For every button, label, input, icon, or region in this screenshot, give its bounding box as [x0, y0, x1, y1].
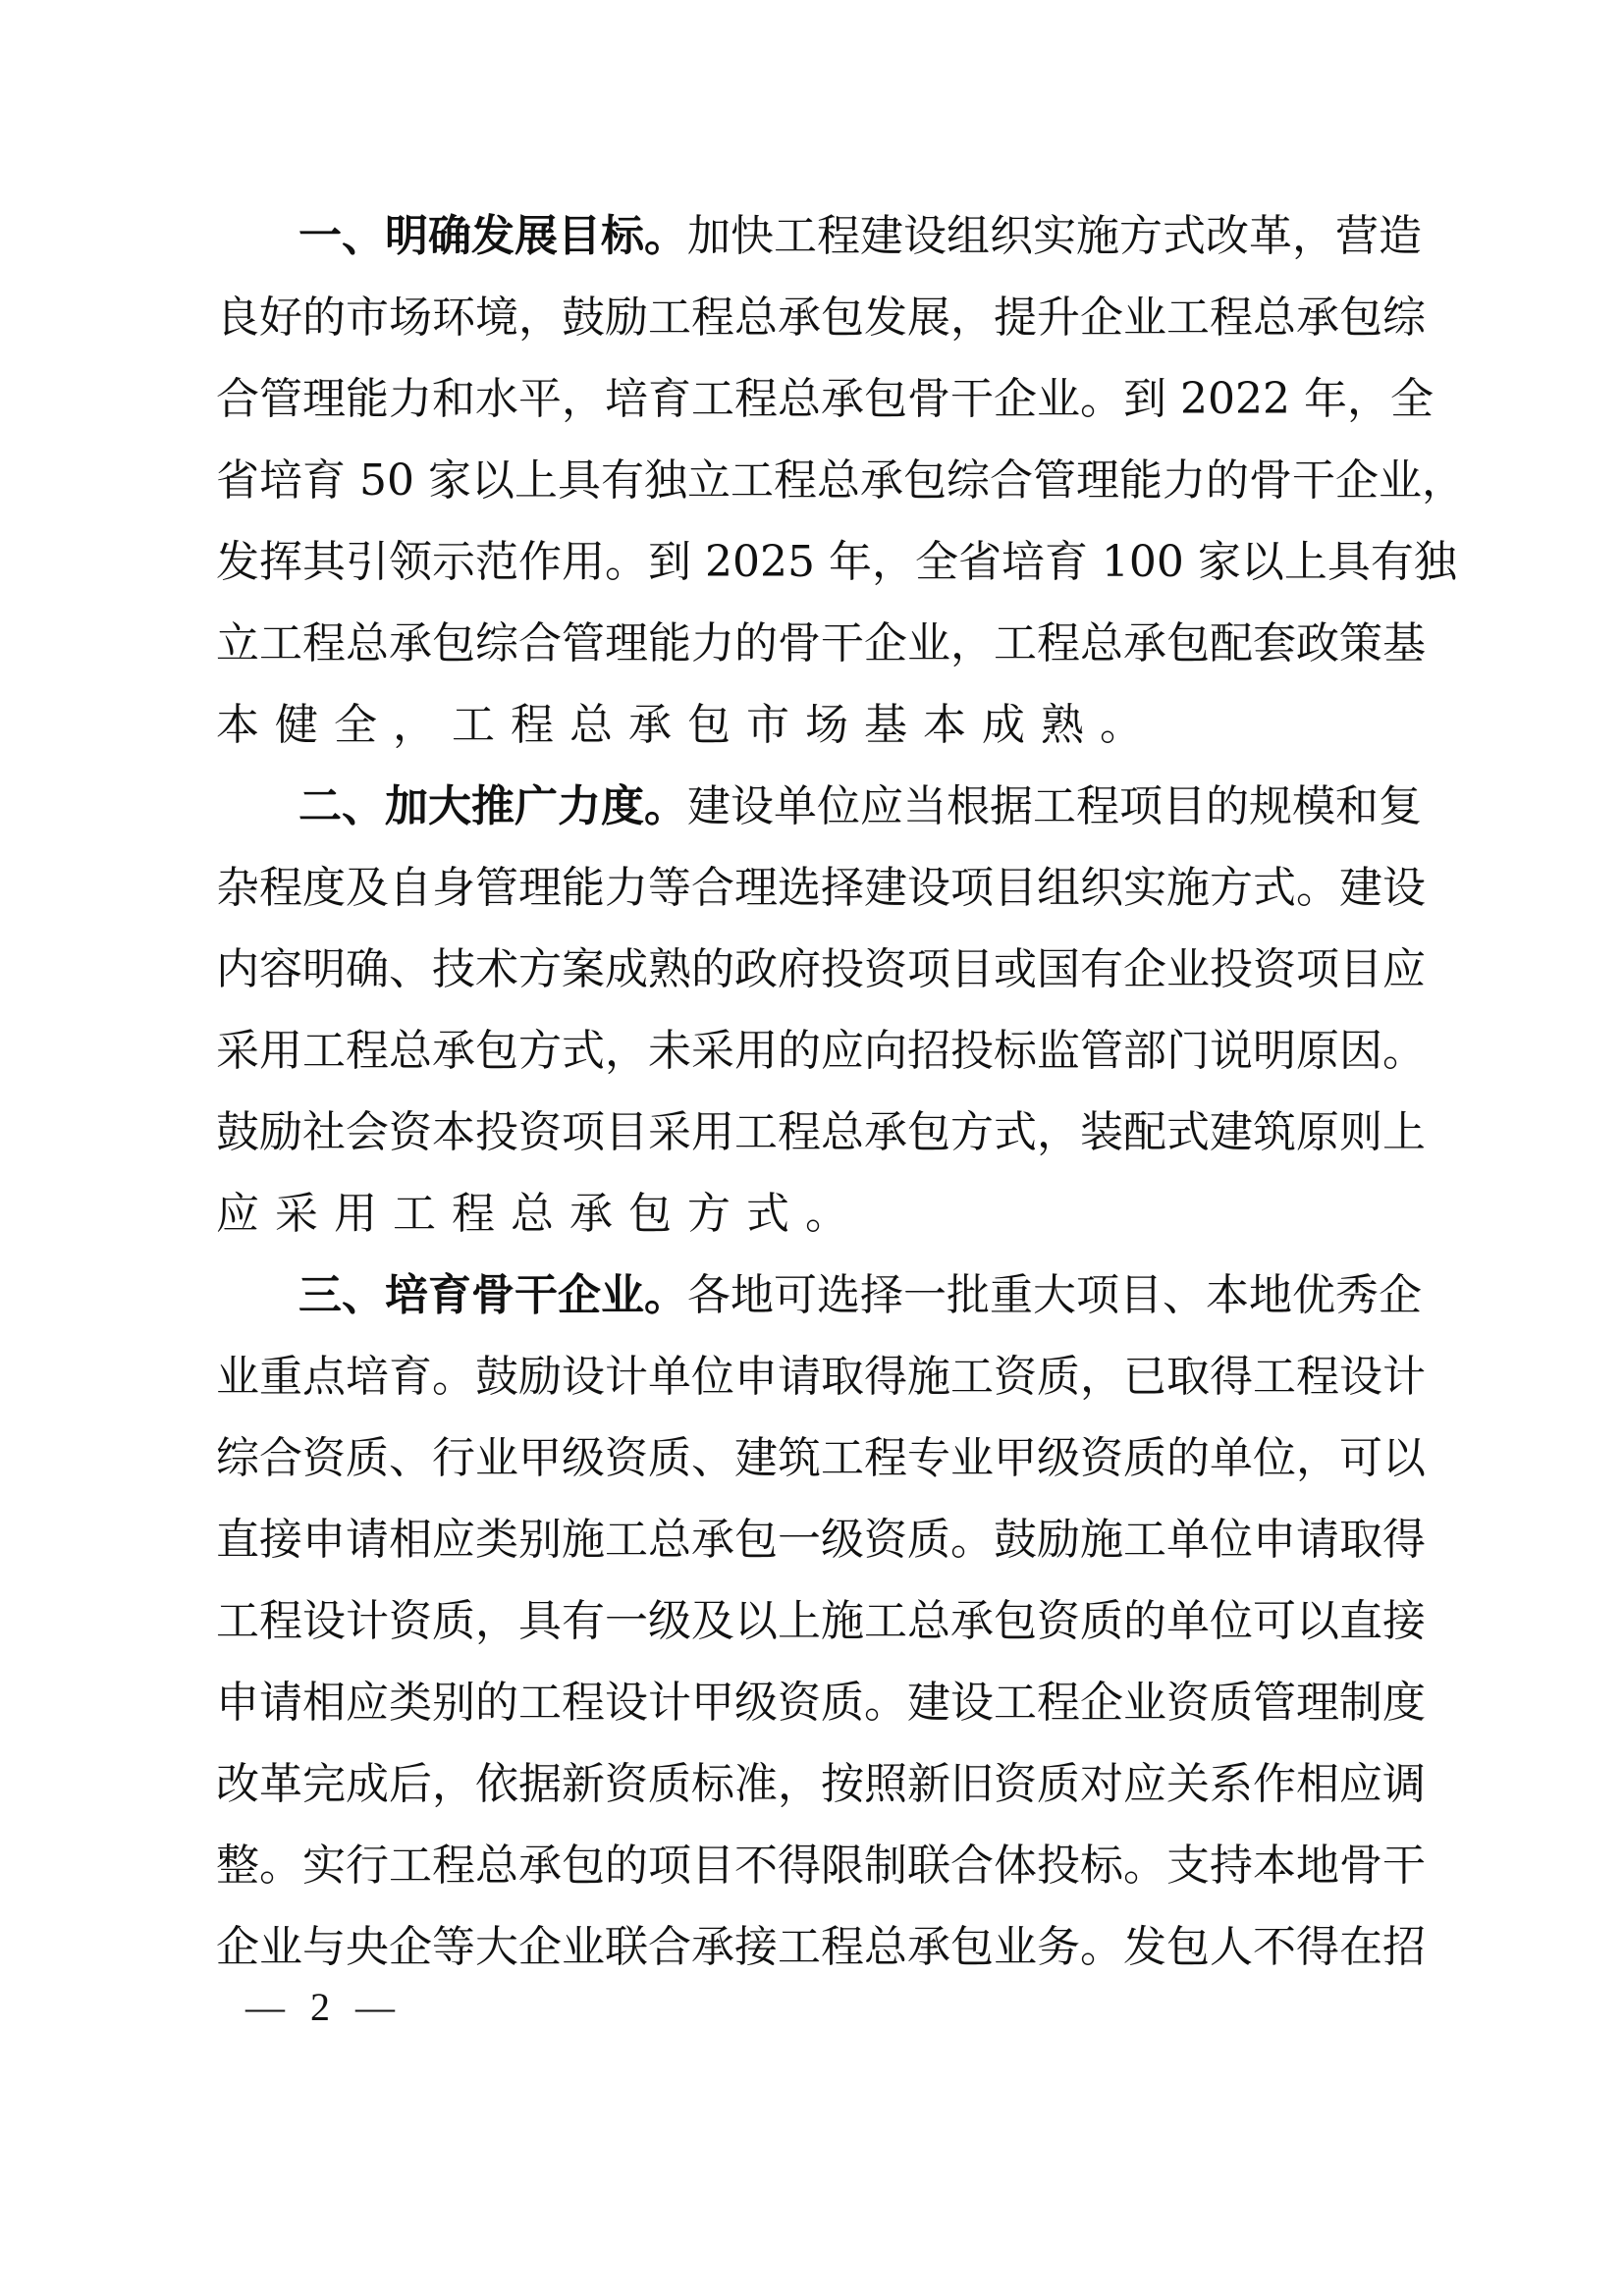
paragraph-line: 直接申请相应类别施工总承包一级资质。鼓励施工单位申请取得: [216, 1499, 1414, 1580]
section-3-heading: 三、培育骨干企业。: [298, 1270, 687, 1320]
paragraph-line: 应采用工程总承包方式。: [216, 1173, 1414, 1255]
paragraph-line: 良好的市场环境，鼓励工程总承包发展，提升企业工程总承包综: [216, 277, 1414, 358]
paragraph-line: 采用工程总承包方式，未采用的应向招投标监管部门说明原因。: [216, 1010, 1414, 1092]
page-number: — 2 —: [245, 1983, 397, 2032]
section-2-paragraph-line: 二、加大推广力度。建设单位应当根据工程项目的规模和复: [216, 766, 1414, 847]
paragraph-line: 企业与央企等大企业联合承接工程总承包业务。发包人不得在招: [216, 1906, 1414, 1988]
paragraph-text: 加快工程建设组织实施方式改革，营造: [687, 211, 1422, 261]
paragraph-line: 工程设计资质，具有一级及以上施工总承包资质的单位可以直接: [216, 1580, 1414, 1662]
section-3-paragraph-line: 三、培育骨干企业。各地可选择一批重大项目、本地优秀企: [216, 1255, 1414, 1336]
section-1-heading: 一、明确发展目标。: [298, 211, 687, 261]
document-body: 一、明确发展目标。加快工程建设组织实施方式改革，营造 良好的市场环境，鼓励工程总…: [216, 195, 1414, 1988]
paragraph-line: 发挥其引领示范作用。到 2025 年，全省培育 100 家以上具有独: [216, 521, 1414, 603]
paragraph-line: 杂程度及自身管理能力等合理选择建设项目组织实施方式。建设: [216, 847, 1414, 929]
paragraph-text: 建设单位应当根据工程项目的规模和复: [687, 781, 1422, 831]
paragraph-line: 内容明确、技术方案成熟的政府投资项目或国有企业投资项目应: [216, 929, 1414, 1010]
section-1-paragraph-line: 一、明确发展目标。加快工程建设组织实施方式改革，营造: [216, 195, 1414, 277]
paragraph-line: 立工程总承包综合管理能力的骨干企业，工程总承包配套政策基: [216, 603, 1414, 684]
paragraph-text: 各地可选择一批重大项目、本地优秀企: [687, 1270, 1422, 1320]
paragraph-line: 综合资质、行业甲级资质、建筑工程专业甲级资质的单位，可以: [216, 1417, 1414, 1499]
paragraph-line: 鼓励社会资本投资项目采用工程总承包方式，装配式建筑原则上: [216, 1092, 1414, 1173]
paragraph-line: 本健全，工程总承包市场基本成熟。: [216, 684, 1414, 766]
paragraph-line: 合管理能力和水平，培育工程总承包骨干企业。到 2022 年，全: [216, 358, 1414, 440]
document-page: 一、明确发展目标。加快工程建设组织实施方式改革，营造 良好的市场环境，鼓励工程总…: [0, 0, 1624, 2296]
paragraph-line: 省培育 50 家以上具有独立工程总承包综合管理能力的骨干企业，: [216, 440, 1414, 521]
paragraph-line: 整。实行工程总承包的项目不得限制联合体投标。支持本地骨干: [216, 1825, 1414, 1906]
paragraph-line: 申请相应类别的工程设计甲级资质。建设工程企业资质管理制度: [216, 1662, 1414, 1743]
paragraph-line: 业重点培育。鼓励设计单位申请取得施工资质，已取得工程设计: [216, 1336, 1414, 1417]
paragraph-line: 改革完成后，依据新资质标准，按照新旧资质对应关系作相应调: [216, 1743, 1414, 1825]
section-2-heading: 二、加大推广力度。: [298, 781, 687, 831]
